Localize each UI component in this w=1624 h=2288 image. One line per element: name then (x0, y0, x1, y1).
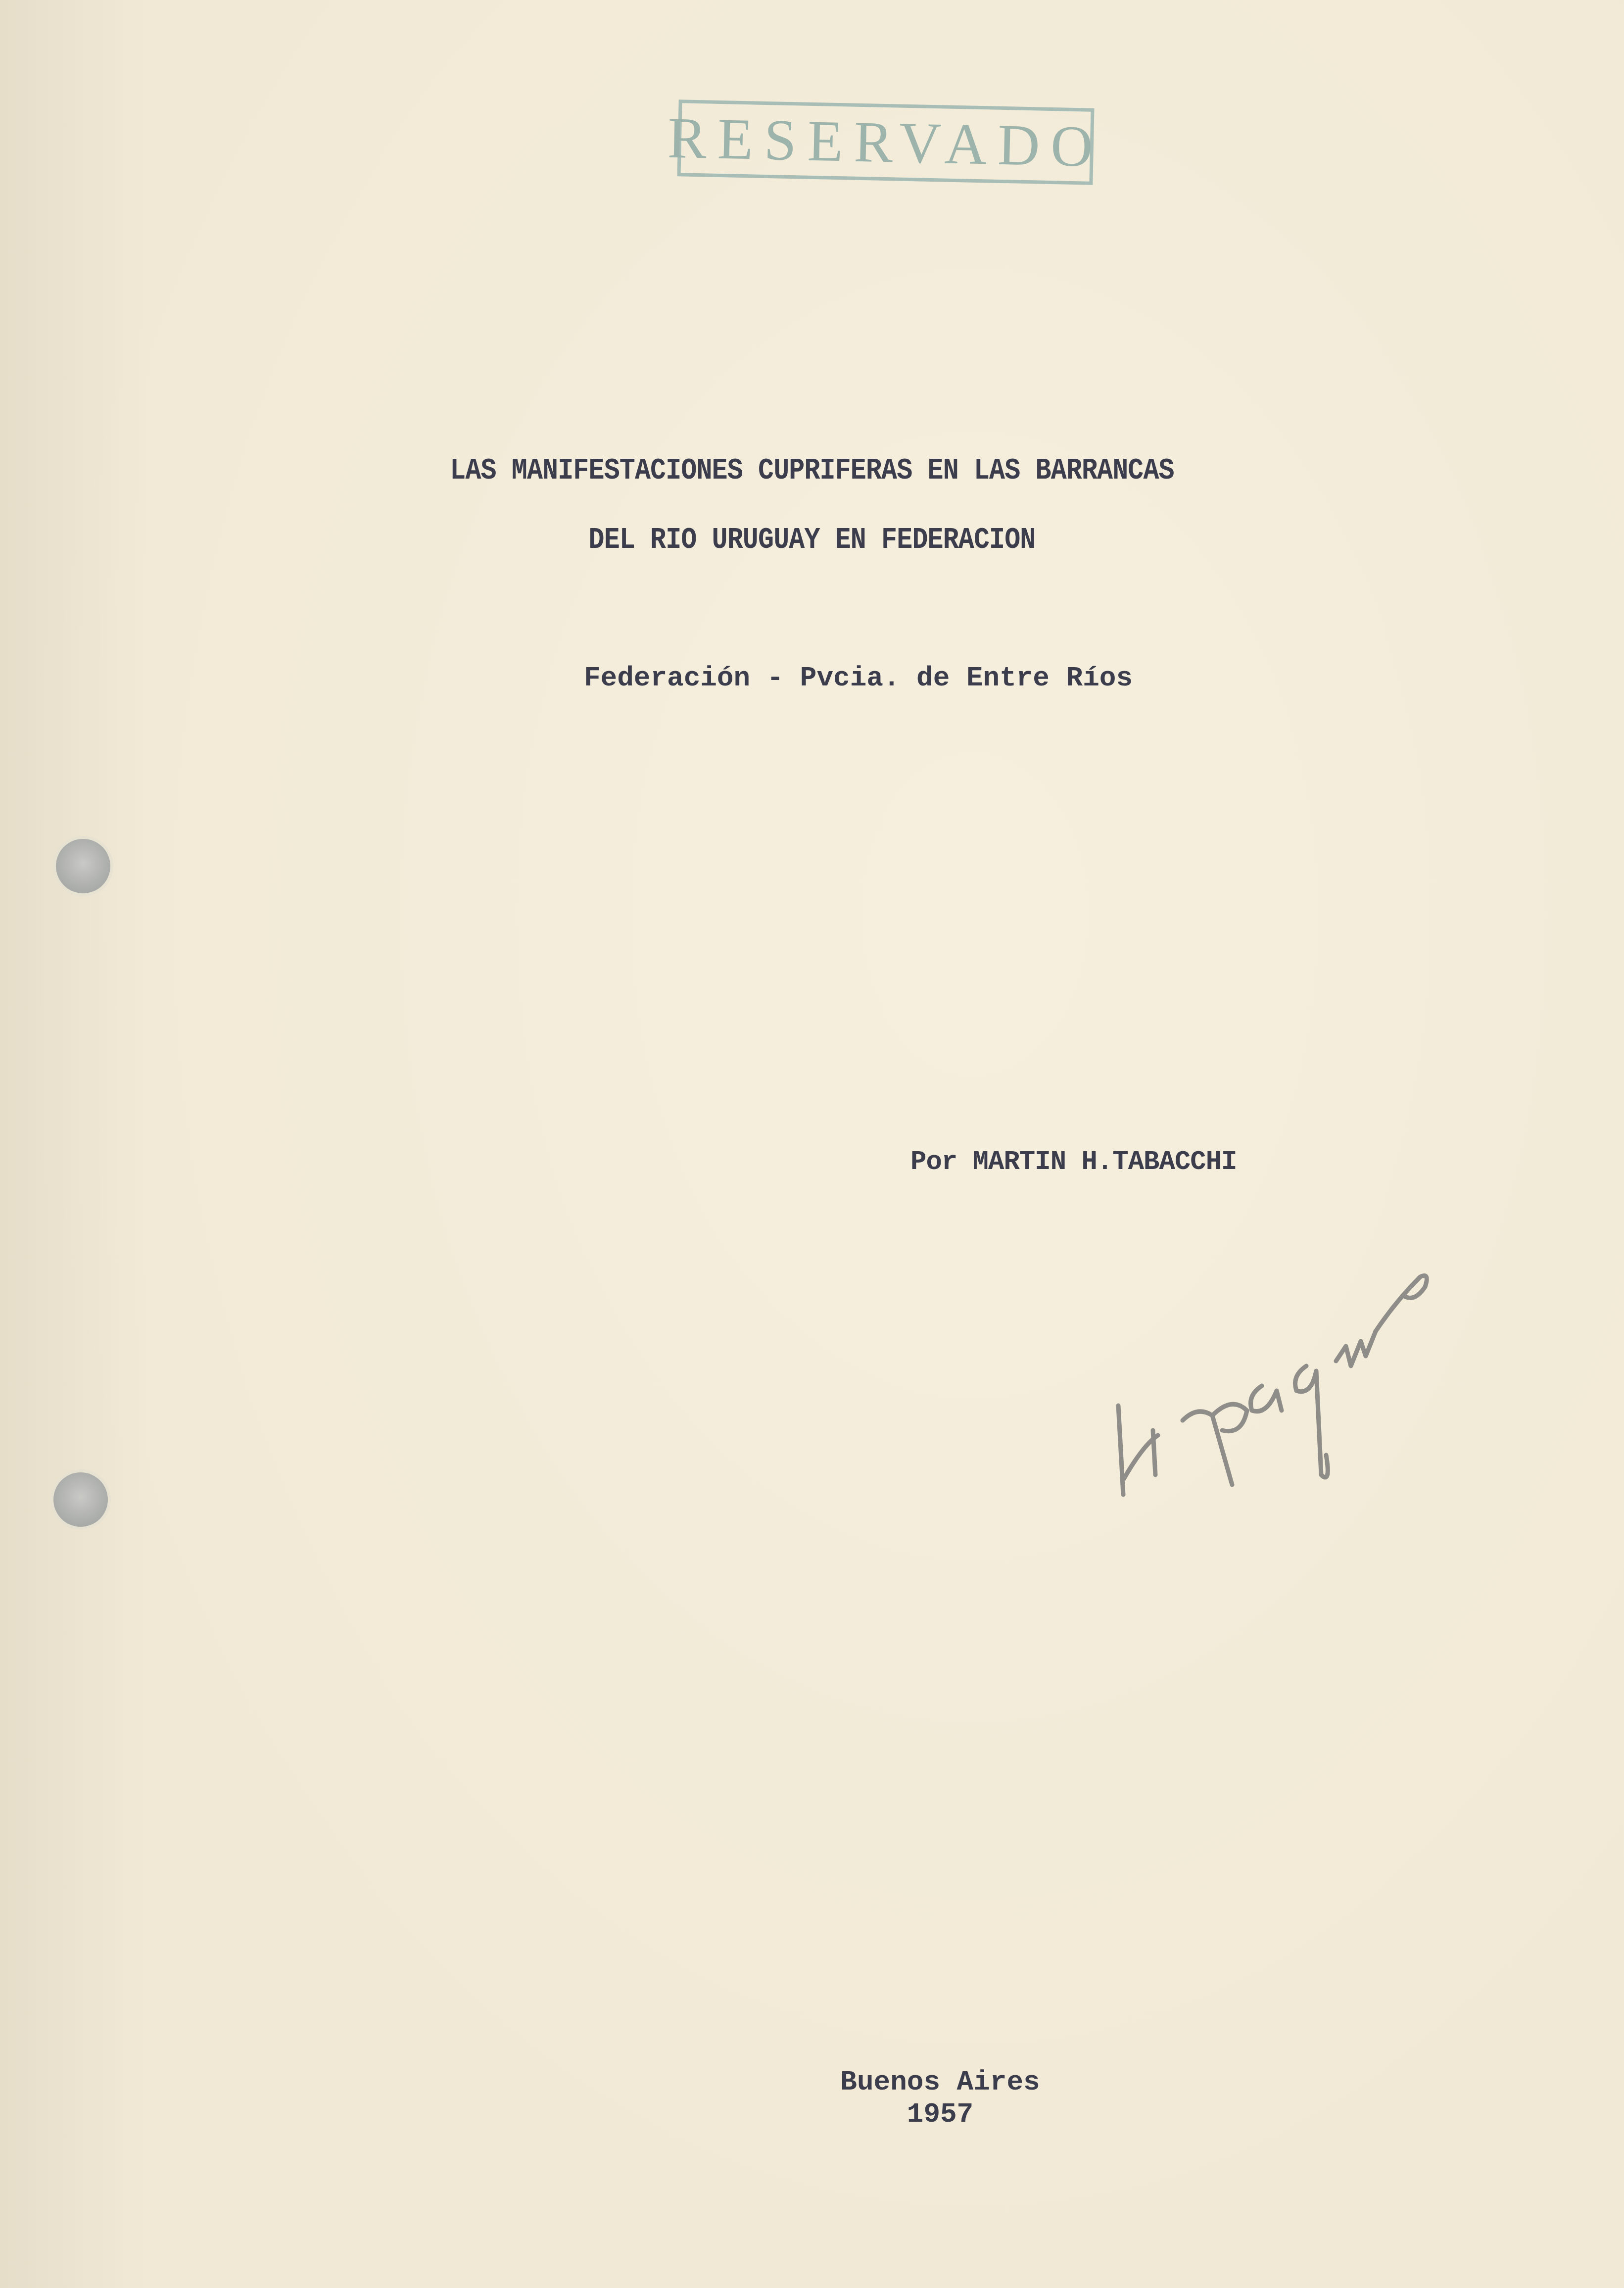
publication-year: 1957 (816, 2098, 1064, 2130)
handwritten-note-pages: 4 paginas (1099, 1247, 1455, 1505)
document-author: Por MARTIN H.TABACCHI (910, 1147, 1356, 1177)
punch-hole-icon (53, 1472, 108, 1527)
document-title-line-2: DEL RIO URUGUAY EN FEDERACION (114, 522, 1511, 557)
reservado-stamp: RESERVADO (677, 99, 1094, 185)
punch-hole-icon (56, 839, 110, 893)
document-title-line-1: LAS MANIFESTACIONES CUPRIFERAS EN LAS BA… (114, 453, 1511, 488)
publication-place: Buenos Aires (816, 2066, 1064, 2098)
document-location: Federación - Pvcia. de Entre Ríos (584, 662, 1178, 694)
stamp-text: RESERVADO (667, 104, 1104, 180)
